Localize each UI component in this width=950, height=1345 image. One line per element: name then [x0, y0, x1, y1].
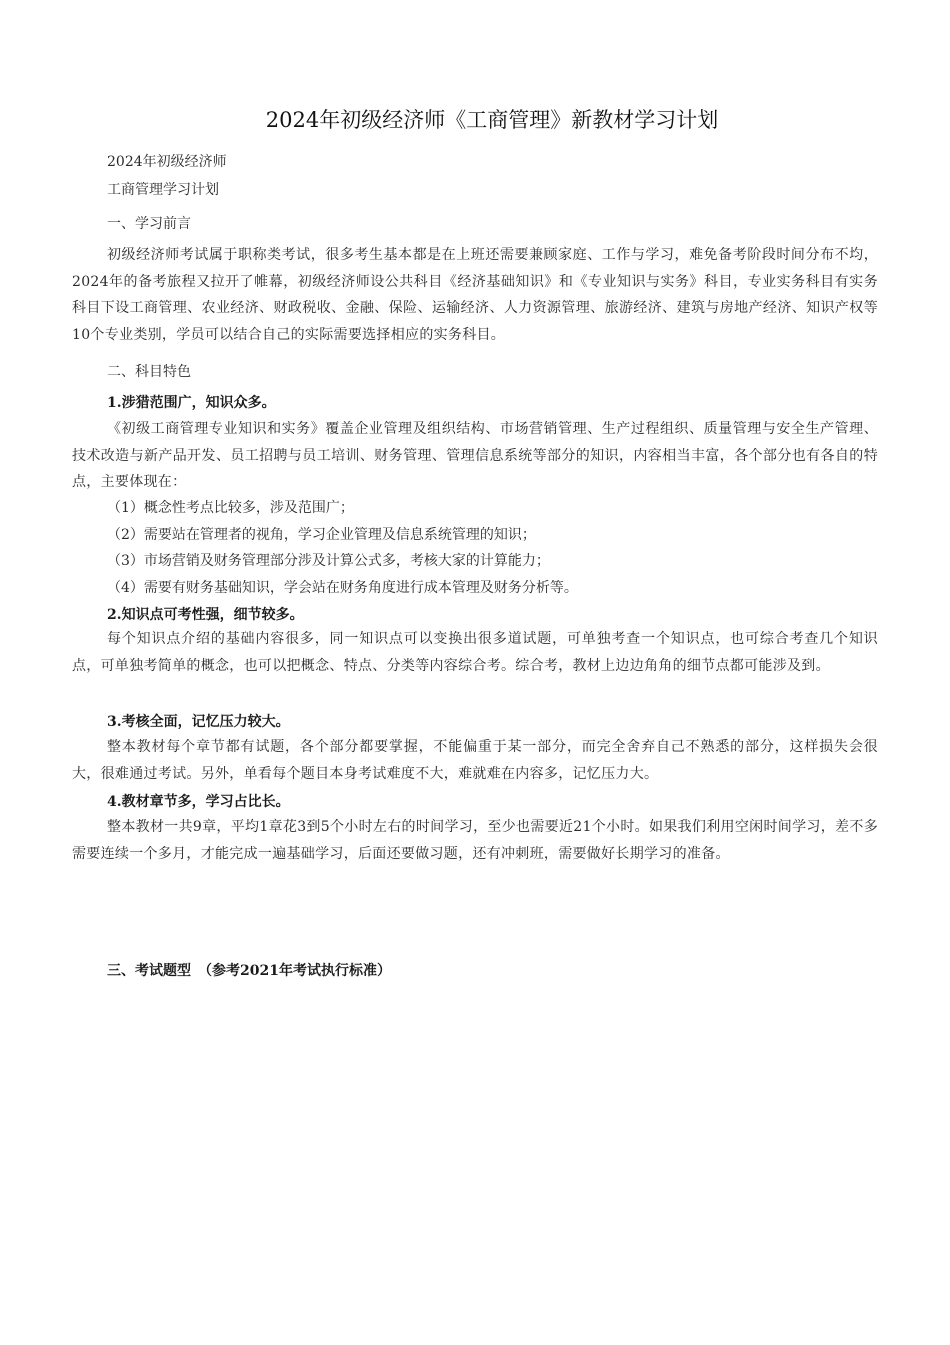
- preface-paragraph: 初级经济师考试属于职称类考试，很多考生基本都是在上班还需要兼顾家庭、工作与学习，…: [72, 242, 878, 348]
- feature-4-heading: 4.教材章节多，学习占比长。: [107, 792, 290, 812]
- feature-1-heading: 1.涉猎范围广，知识众多。: [107, 393, 276, 413]
- feature-1-paragraph: 《初级工商管理专业知识和实务》覆盖企业管理及组织结构、市场营销管理、生产过程组织…: [72, 416, 878, 496]
- subtitle-plan: 工商管理学习计划: [107, 180, 219, 200]
- feature-1-item-4: （4）需要有财务基础知识，学会站在财务角度进行成本管理及财务分析等。: [107, 578, 578, 598]
- feature-4-paragraph: 整本教材一共9章，平均1章花3到5个小时左右的时间学习，至少也需要近21个小时。…: [72, 814, 878, 867]
- feature-1-item-1: （1）概念性考点比较多，涉及范围广；: [107, 498, 354, 518]
- feature-1-item-2: （2）需要站在管理者的视角，学习企业管理及信息系统管理的知识；: [107, 525, 536, 545]
- feature-3-paragraph: 整本教材每个章节都有试题，各个部分都要掌握，不能偏重于某一部分，而完全舍弃自己不…: [72, 734, 878, 787]
- document-title: 2024年初级经济师《工商管理》新教材学习计划: [0, 104, 950, 136]
- feature-3-heading: 3.考核全面，记忆压力较大。: [107, 712, 290, 732]
- feature-1-item-3: （3）市场营销及财务管理部分涉及计算公式多，考核大家的计算能力；: [107, 551, 550, 571]
- section-heading-features: 二、科目特色: [107, 362, 191, 382]
- feature-2-paragraph: 每个知识点介绍的基础内容很多，同一知识点可以变换出很多道试题，可单独考查一个知识…: [72, 626, 878, 679]
- feature-2-heading: 2.知识点可考性强，细节较多。: [107, 605, 304, 625]
- subtitle-year: 2024年初级经济师: [107, 152, 227, 172]
- document-page: 2024年初级经济师《工商管理》新教材学习计划 2024年初级经济师 工商管理学…: [0, 0, 950, 1345]
- section-heading-exam-types: 三、考试题型 （参考2021年考试执行标准）: [107, 961, 391, 981]
- section-heading-preface: 一、学习前言: [107, 214, 191, 234]
